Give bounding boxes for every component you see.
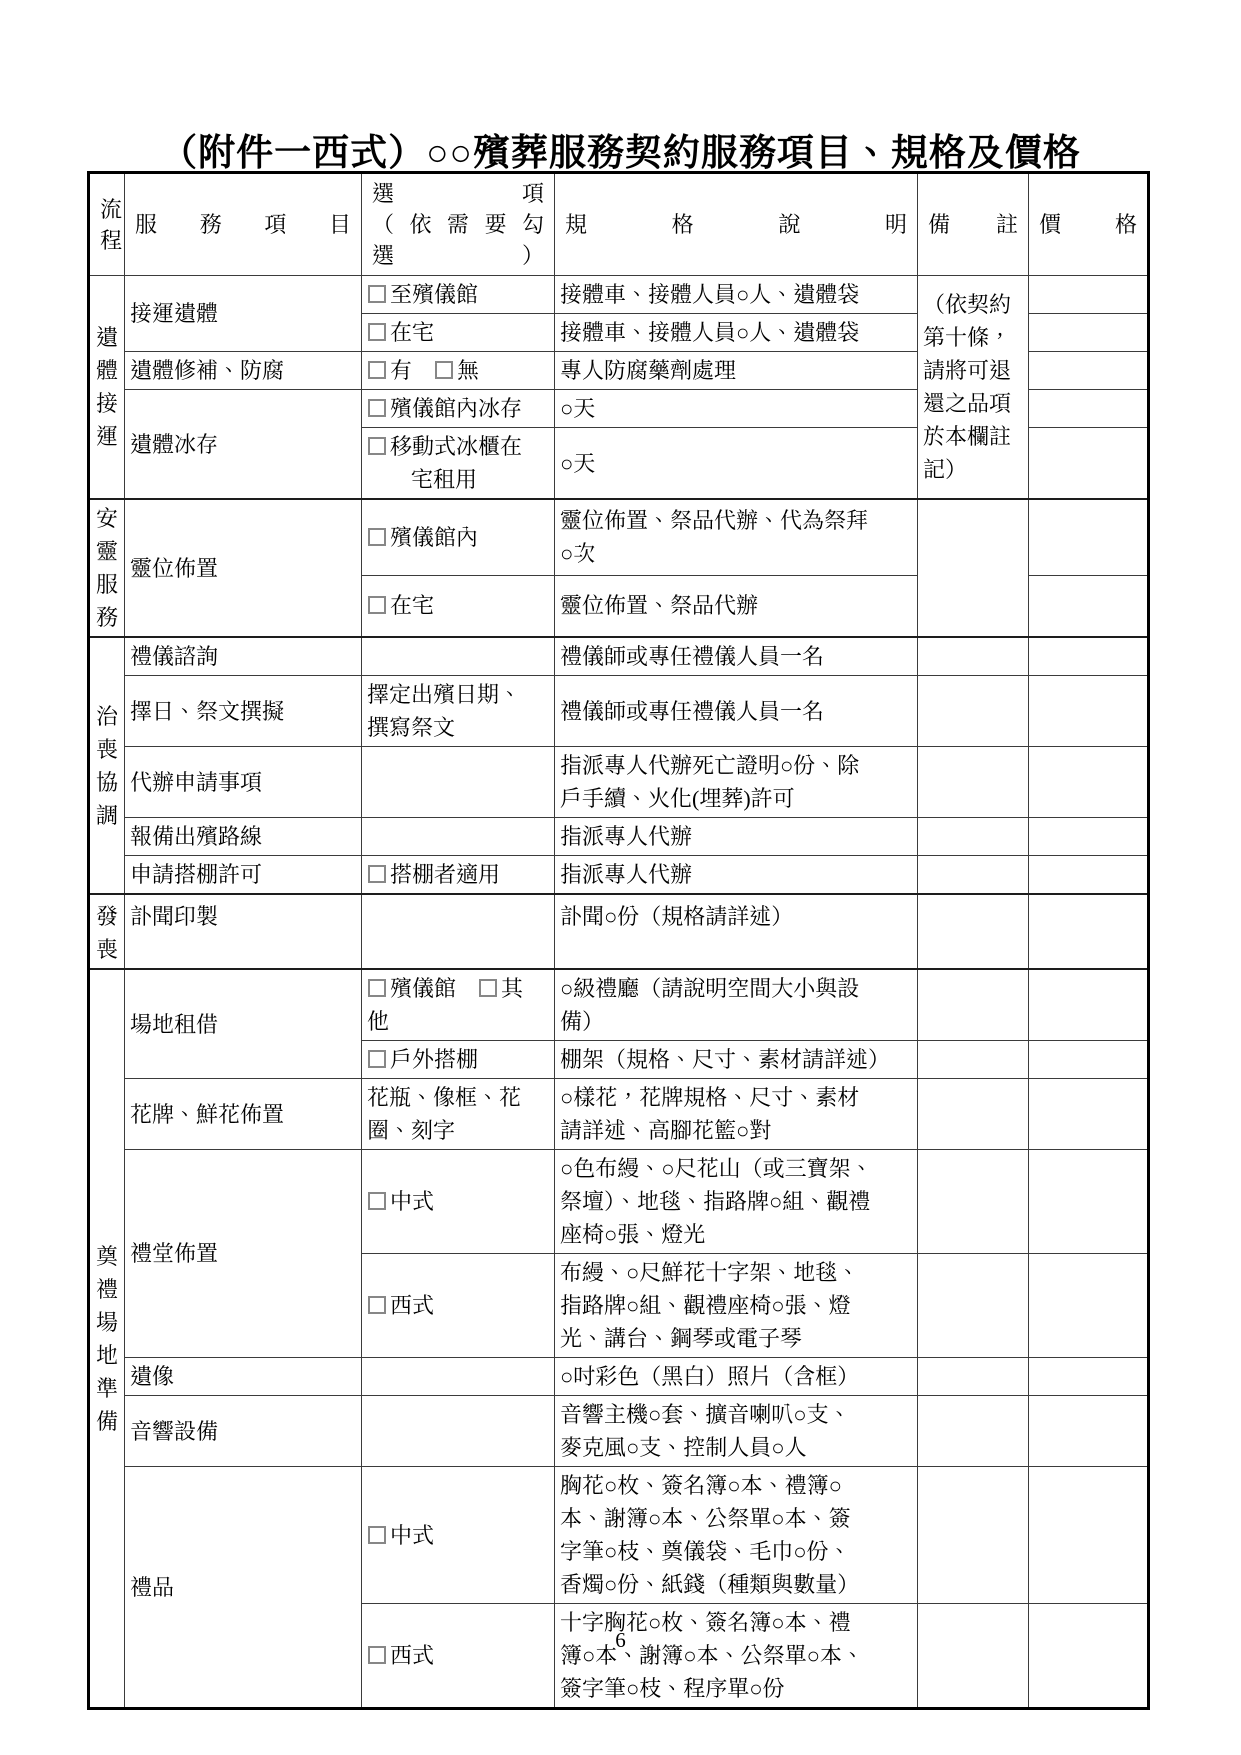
option-cell: 殯儀館內 (362, 499, 555, 575)
spec-cell: 靈位佈置、祭品代辦、代為祭拜 ○次 (555, 499, 918, 575)
option-cell: 擇定出殯日期、 撰寫祭文 (362, 676, 555, 747)
option-cell (362, 747, 555, 818)
spec-cell: ○級禮廳（請說明空間大小與設 備） (555, 969, 918, 1041)
col-header-spec: 規 格 說 明 (555, 173, 918, 276)
service-item-cell: 音響設備 (125, 1396, 362, 1467)
section-label-venue-prep: 奠 禮 場 地 準 備 (89, 969, 125, 1709)
note-cell[interactable] (918, 499, 1029, 637)
row-hall-chinese: 禮堂佈置 中式 ○色布縵、○尺花山（或三寶架、 祭壇）、地毯、指路牌○組、觀禮 … (89, 1150, 1149, 1254)
spec-cell: ○色布縵、○尺花山（或三寶架、 祭壇）、地毯、指路牌○組、觀禮 座椅○張、燈光 (555, 1150, 918, 1254)
service-item-cell: 花牌、鮮花佈置 (125, 1079, 362, 1150)
spec-cell: 接體車、接體人員○人、遺體袋 (555, 314, 918, 352)
note-cell[interactable] (918, 856, 1029, 895)
price-cell[interactable] (1029, 637, 1149, 676)
option-cell (362, 894, 555, 969)
price-cell[interactable] (1029, 856, 1149, 895)
service-item-cell: 禮儀諮詢 (125, 637, 362, 676)
page-title: （附件一西式）○○殯葬服務契約服務項目、規格及價格 (0, 122, 1241, 176)
option-cell: 戶外搭棚 (362, 1041, 555, 1079)
price-cell[interactable] (1029, 575, 1149, 637)
spec-cell: 指派專人代辦 (555, 856, 918, 895)
option-cell (362, 637, 555, 676)
spec-cell: 專人防腐藥劑處理 (555, 352, 918, 390)
price-cell[interactable] (1029, 969, 1149, 1041)
option-cell (362, 1358, 555, 1396)
col-header-options: 選 項 （依需要勾 選 ） (362, 173, 555, 276)
option-cell: 在宅 (362, 575, 555, 637)
spec-cell: 接體車、接體人員○人、遺體袋 (555, 276, 918, 314)
service-item-cell: 禮品 (125, 1467, 362, 1709)
price-cell[interactable] (1029, 1041, 1149, 1079)
note-cell[interactable] (918, 1467, 1029, 1604)
checkbox[interactable] (435, 361, 453, 379)
spec-cell: 指派專人代辦死亡證明○份、除 戶手續、火化(埋葬)許可 (555, 747, 918, 818)
price-cell[interactable] (1029, 314, 1149, 352)
spec-cell: 音響主機○套、擴音喇叭○支、 麥克風○支、控制人員○人 (555, 1396, 918, 1467)
price-cell[interactable] (1029, 676, 1149, 747)
price-cell[interactable] (1029, 818, 1149, 856)
note-cell[interactable] (918, 1396, 1029, 1467)
service-item-cell: 接運遺體 (125, 276, 362, 352)
option-cell (362, 1396, 555, 1467)
spec-cell: 訃聞○份（規格請詳述） (555, 894, 918, 969)
option-cell: 殯儀館內冰存 (362, 390, 555, 428)
option-cell: 西式 (362, 1254, 555, 1358)
section-label-transport: 遺 體 接 運 (89, 276, 125, 500)
note-cell[interactable] (918, 1358, 1029, 1396)
row-route-report: 報備出殯路線 指派專人代辦 (89, 818, 1149, 856)
price-cell[interactable] (1029, 1604, 1149, 1709)
service-item-cell: 靈位佈置 (125, 499, 362, 637)
option-cell: 花瓶、像框、花 圈、刻字 (362, 1079, 555, 1150)
price-cell[interactable] (1029, 499, 1149, 575)
checkbox[interactable] (479, 979, 497, 997)
checkbox[interactable] (368, 437, 386, 455)
page-number: 6 (0, 1628, 1241, 1653)
row-audio: 音響設備 音響主機○套、擴音喇叭○支、 麥克風○支、控制人員○人 (89, 1396, 1149, 1467)
checkbox[interactable] (368, 1296, 386, 1314)
price-cell[interactable] (1029, 1150, 1149, 1254)
note-cell[interactable] (918, 1079, 1029, 1150)
price-cell[interactable] (1029, 352, 1149, 390)
section-label-coordination: 治 喪 協 調 (89, 637, 125, 894)
row-date-select: 擇日、祭文撰擬 擇定出殯日期、 撰寫祭文 禮儀師或專任禮儀人員一名 (89, 676, 1149, 747)
service-item-cell: 遺像 (125, 1358, 362, 1396)
option-cell: 有 無 (362, 352, 555, 390)
price-cell[interactable] (1029, 1254, 1149, 1358)
price-cell[interactable] (1029, 1396, 1149, 1467)
spec-cell: 胸花○枚、簽名簿○本、禮簿○ 本、謝簿○本、公祭單○本、簽 字筆○枝、奠儀袋、毛… (555, 1467, 918, 1604)
row-tent-permit: 申請搭棚許可 搭棚者適用 指派專人代辦 (89, 856, 1149, 895)
option-cell: 搭棚者適用 (362, 856, 555, 895)
option-cell: 至殯儀館 (362, 276, 555, 314)
col-header-process: 流 程 (89, 173, 125, 276)
row-portrait: 遺像 ○吋彩色（黑白）照片（含框） (89, 1358, 1149, 1396)
service-item-cell: 禮堂佈置 (125, 1150, 362, 1358)
price-cell[interactable] (1029, 1467, 1149, 1604)
option-cell: 中式 (362, 1150, 555, 1254)
service-item-cell: 擇日、祭文撰擬 (125, 676, 362, 747)
spec-cell: ○樣花，花牌規格、尺寸、素材 請詳述、高腳花籃○對 (555, 1079, 918, 1150)
service-item-cell: 報備出殯路線 (125, 818, 362, 856)
checkbox[interactable] (368, 399, 386, 417)
option-cell: 殯儀館 其 他 (362, 969, 555, 1041)
spec-cell: 指派專人代辦 (555, 818, 918, 856)
option-cell (362, 818, 555, 856)
checkbox[interactable] (368, 528, 386, 546)
spec-cell: ○天 (555, 390, 918, 428)
section-label-announce: 發 喪 (89, 894, 125, 969)
spec-cell: 禮儀師或專任禮儀人員一名 (555, 676, 918, 747)
service-item-cell: 遺體修補、防腐 (125, 352, 362, 390)
checkbox[interactable] (368, 1050, 386, 1068)
note-cell-refund: （依契約 第十條， 請將可退 還之品項 於本欄註 記） (918, 276, 1029, 500)
price-cell[interactable] (1029, 1358, 1149, 1396)
row-obituary: 發 喪 訃聞印製 訃聞○份（規格請詳述） (89, 894, 1149, 969)
note-cell[interactable] (918, 1150, 1029, 1254)
note-cell[interactable] (918, 818, 1029, 856)
service-price-table: 流 程 服 務 項 目 選 項 （依需要勾 選 ） 規 格 說 明 備 註 價 … (87, 171, 1150, 1710)
spec-cell: ○吋彩色（黑白）照片（含框） (555, 1358, 918, 1396)
price-cell[interactable] (1029, 894, 1149, 969)
checkbox[interactable] (368, 1526, 386, 1544)
row-consult: 治 喪 協 調 禮儀諮詢 禮儀師或專任禮儀人員一名 (89, 637, 1149, 676)
price-cell[interactable] (1029, 276, 1149, 314)
row-applications: 代辦申請事項 指派專人代辦死亡證明○份、除 戶手續、火化(埋葬)許可 (89, 747, 1149, 818)
price-cell[interactable] (1029, 747, 1149, 818)
option-cell: 在宅 (362, 314, 555, 352)
note-cell[interactable] (918, 894, 1029, 969)
col-header-notes: 備 註 (918, 173, 1029, 276)
row-gifts-chinese: 禮品 中式 胸花○枚、簽名簿○本、禮簿○ 本、謝簿○本、公祭單○本、簽 字筆○枝… (89, 1467, 1149, 1604)
option-cell: 移動式冰櫃在 宅租用 (362, 428, 555, 500)
checkbox[interactable] (368, 979, 386, 997)
checkbox[interactable] (368, 323, 386, 341)
checkbox[interactable] (368, 285, 386, 303)
row-altar-morgue: 安 靈 服 務 靈位佈置 殯儀館內 靈位佈置、祭品代辦、代為祭拜 ○次 (89, 499, 1149, 575)
col-header-service-item: 服 務 項 目 (125, 173, 362, 276)
spec-cell: ○天 (555, 428, 918, 500)
option-cell: 中式 (362, 1467, 555, 1604)
service-item-cell: 代辦申請事項 (125, 747, 362, 818)
service-item-cell: 遺體冰存 (125, 390, 362, 500)
service-item-cell: 訃聞印製 (125, 894, 362, 969)
section-label-memorial: 安 靈 服 務 (89, 499, 125, 637)
row-flowers: 花牌、鮮花佈置 花瓶、像框、花 圈、刻字 ○樣花，花牌規格、尺寸、素材 請詳述、… (89, 1079, 1149, 1150)
service-item-cell: 場地租借 (125, 969, 362, 1079)
option-cell: 西式 (362, 1604, 555, 1709)
note-cell[interactable] (918, 1254, 1029, 1358)
note-cell[interactable] (918, 1604, 1029, 1709)
checkbox[interactable] (368, 596, 386, 614)
spec-cell: 棚架（規格、尺寸、素材請詳述） (555, 1041, 918, 1079)
note-cell[interactable] (918, 747, 1029, 818)
note-cell[interactable] (918, 969, 1029, 1041)
price-cell[interactable] (1029, 390, 1149, 428)
price-cell[interactable] (1029, 1079, 1149, 1150)
row-pickup-morgue: 遺 體 接 運 接運遺體 至殯儀館 接體車、接體人員○人、遺體袋 （依契約 第十… (89, 276, 1149, 314)
checkbox[interactable] (368, 865, 386, 883)
spec-cell: 靈位佈置、祭品代辦 (555, 575, 918, 637)
note-cell[interactable] (918, 1041, 1029, 1079)
spec-cell: 十字胸花○枚、簽名簿○本、禮 簿○本、謝簿○本、公祭單○本、 簽字筆○枝、程序單… (555, 1604, 918, 1709)
price-cell[interactable] (1029, 428, 1149, 500)
table-header-row: 流 程 服 務 項 目 選 項 （依需要勾 選 ） 規 格 說 明 備 註 價 … (89, 173, 1149, 276)
service-item-cell: 申請搭棚許可 (125, 856, 362, 895)
spec-cell: 禮儀師或專任禮儀人員一名 (555, 637, 918, 676)
note-cell[interactable] (918, 676, 1029, 747)
spec-cell: 布縵、○尺鮮花十字架、地毯、 指路牌○組、觀禮座椅○張、燈 光、講台、鋼琴或電子… (555, 1254, 918, 1358)
note-cell[interactable] (918, 637, 1029, 676)
row-venue-hall: 奠 禮 場 地 準 備 場地租借 殯儀館 其 他 ○級禮廳（請說明空間大小與設 … (89, 969, 1149, 1041)
checkbox[interactable] (368, 1192, 386, 1210)
checkbox[interactable] (368, 361, 386, 379)
col-header-price: 價 格 (1029, 173, 1149, 276)
